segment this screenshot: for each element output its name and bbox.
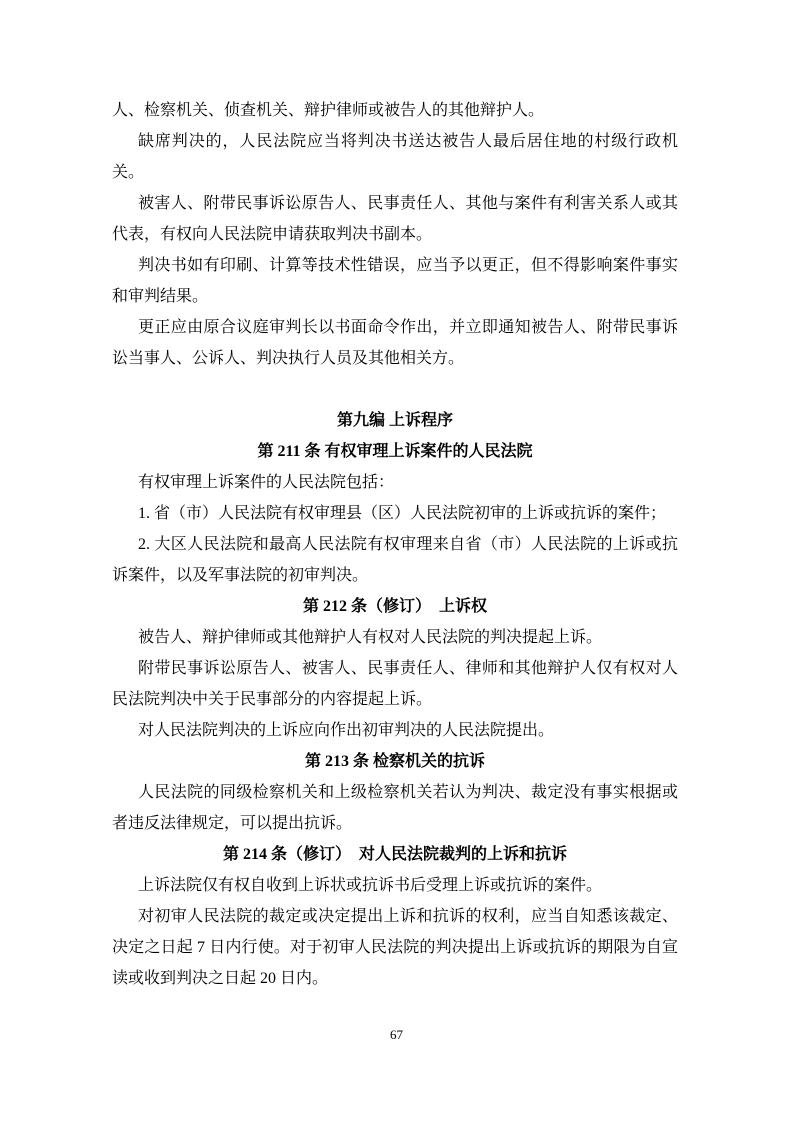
body-paragraph: 被告人、辩护律师或其他辩护人有权对人民法院的判决提起上诉。 <box>112 622 678 653</box>
body-paragraph: 人民法院的同级检察机关和上级检察机关若认为判决、裁定没有事实根据或者违反法律规定… <box>112 777 678 839</box>
article-heading: 第 213 条 检察机关的抗诉 <box>112 746 678 777</box>
body-paragraph: 判决书如有印刷、计算等技术性错误，应当予以更正，但不得影响案件事实和审判结果。 <box>112 250 678 312</box>
body-paragraph: 1. 省（市）人民法院有权审理县（区）人民法院初审的上诉或抗诉的案件； <box>112 498 678 529</box>
document-content: 人、检察机关、侦查机关、辩护律师或被告人的其他辩护人。缺席判决的，人民法院应当将… <box>112 95 678 994</box>
body-paragraph: 更正应由原合议庭审判长以书面命令作出，并立即通知被告人、附带民事诉讼当事人、公诉… <box>112 312 678 374</box>
part-heading: 第九编 上诉程序 <box>112 405 678 436</box>
body-paragraph: 有权审理上诉案件的人民法院包括： <box>112 467 678 498</box>
body-paragraph: 附带民事诉讼原告人、被害人、民事责任人、律师和其他辩护人仅有权对人民法院判决中关… <box>112 653 678 715</box>
body-paragraph: 对人民法院判决的上诉应向作出初审判决的人民法院提出。 <box>112 715 678 746</box>
article-heading: 第 211 条 有权审理上诉案件的人民法院 <box>112 436 678 467</box>
body-paragraph: 人、检察机关、侦查机关、辩护律师或被告人的其他辩护人。 <box>112 95 678 126</box>
document-page: 人、检察机关、侦查机关、辩护律师或被告人的其他辩护人。缺席判决的，人民法院应当将… <box>0 0 793 1122</box>
body-paragraph: 上诉法院仅有权自收到上诉状或抗诉书后受理上诉或抗诉的案件。 <box>112 870 678 901</box>
page-footer: 67 <box>0 1026 793 1044</box>
body-paragraph: 2. 大区人民法院和最高人民法院有权审理来自省（市）人民法院的上诉或抗诉案件，以… <box>112 529 678 591</box>
body-paragraph: 缺席判决的，人民法院应当将判决书送达被告人最后居住地的村级行政机关。 <box>112 126 678 188</box>
body-paragraph: 被害人、附带民事诉讼原告人、民事责任人、其他与案件有利害关系人或其代表，有权向人… <box>112 188 678 250</box>
article-heading: 第 214 条（修订） 对人民法院裁判的上诉和抗诉 <box>112 839 678 870</box>
blank-line <box>112 374 678 405</box>
body-paragraph: 对初审人民法院的裁定或决定提出上诉和抗诉的权利，应当自知悉该裁定、决定之日起 7… <box>112 901 678 994</box>
page-number: 67 <box>390 1027 403 1042</box>
article-heading: 第 212 条（修订） 上诉权 <box>112 591 678 622</box>
